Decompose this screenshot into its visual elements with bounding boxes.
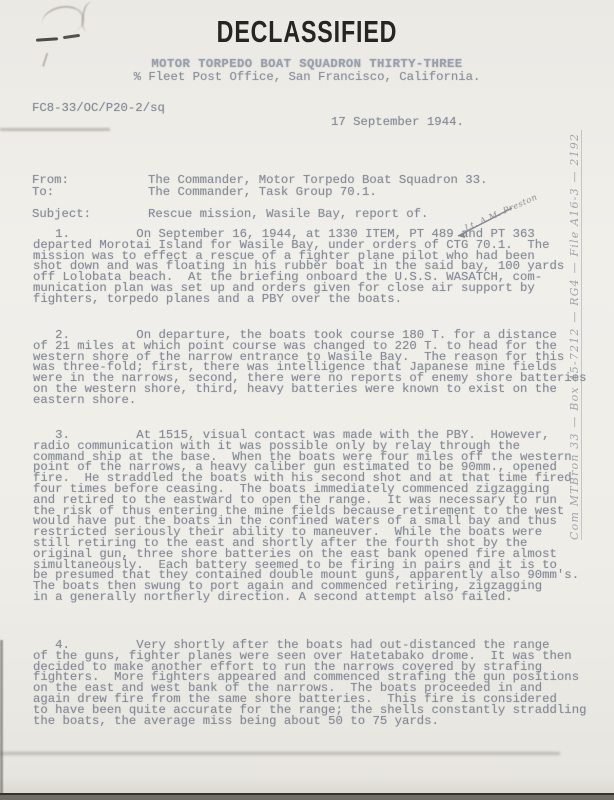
letterhead-line2: % Fleet Post Office, San Francisco, Cali… <box>0 70 614 84</box>
subject-label: Subject: <box>32 207 91 221</box>
page-edge-shadow <box>0 640 3 800</box>
handwritten-margin-note: Com MTBron 33 — Box 45-7212 — RG4 — File… <box>568 130 582 540</box>
pencil-dash <box>36 37 58 42</box>
paragraph-3: 3. At 1515, visual contact was made with… <box>33 430 579 603</box>
to-value: The Commander, Task Group 70.1. <box>148 185 377 199</box>
reference-number: FC8-33/OC/P20-2/sq <box>32 101 165 115</box>
subject-value: Rescue mission, Wasile Bay, report of. <box>148 207 428 221</box>
paragraph-2: 2. On departure, the boats took course 1… <box>33 330 586 406</box>
pencil-scribble <box>39 1 87 39</box>
document-page: DECLASSIFIED MOTOR TORPEDO BOAT SQUADRON… <box>0 0 614 800</box>
paragraph-1: 1. On September 16, 1944, at 1330 ITEM, … <box>33 229 564 305</box>
smudge-mark <box>0 128 110 131</box>
page-edge-band <box>0 795 614 800</box>
smudge-mark <box>0 752 560 755</box>
pencil-dash <box>63 34 80 39</box>
letterhead-line1: MOTOR TORPEDO BOAT SQUADRON THIRTY-THREE <box>0 57 614 71</box>
to-label: To: <box>32 185 54 199</box>
page-edge-line <box>0 793 614 795</box>
date-line: 17 September 1944. <box>331 115 464 129</box>
pencil-scribble <box>80 0 105 33</box>
paragraph-4: 4. Very shortly after the boats had out-… <box>33 640 586 726</box>
declassified-stamp: DECLASSIFIED <box>217 15 398 50</box>
